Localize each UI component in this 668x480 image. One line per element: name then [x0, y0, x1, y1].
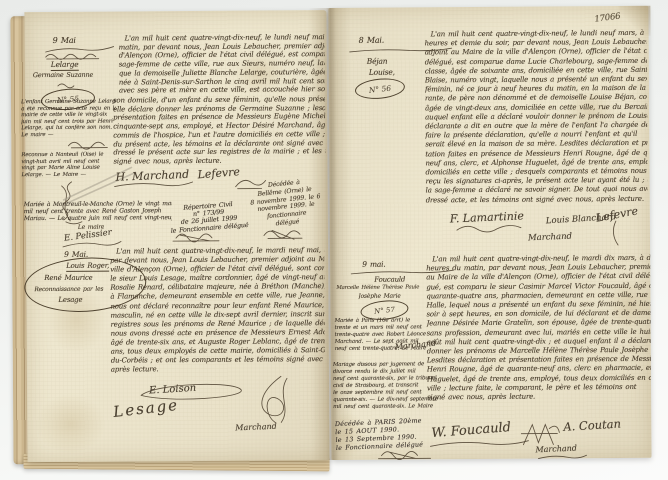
- right-act2-margin-given1: Marcelle Hélène Thérèse Paule: [336, 284, 419, 291]
- right-act2-margin-surname: Foucauld: [374, 276, 405, 284]
- signature-marchand-right1: Marchand: [528, 232, 572, 244]
- handwritten-line: signé avec nous, après lecture.: [427, 392, 651, 403]
- handwritten-line: signé avec nous, après lecture.: [113, 156, 325, 166]
- margin-mention-signature-scribble: [67, 140, 113, 150]
- left-act1-margin-surname: Lelarge: [51, 60, 79, 71]
- decedee-bellome-mention: Décédée àBellême (Orne) le8 novembre 199…: [236, 176, 336, 233]
- foucauld-underline-flourish: [429, 441, 529, 452]
- right-act1-margin-date: 8 Mai.: [359, 36, 385, 45]
- decedee-signature-scribble: [262, 228, 308, 242]
- handwritten-line: avec ses père et mère en cette ville, es…: [119, 85, 325, 95]
- handwritten-line: Lelarge, qui lui confère son nom.: [21, 125, 116, 132]
- signature-marchand-small: Marchand: [235, 422, 277, 433]
- marchand-underline: [538, 454, 588, 462]
- right-act2-margin-given2: Josèphe Marie: [358, 293, 400, 300]
- repertoire-signature-scribble: [172, 232, 222, 244]
- right-act2-margin-date: 9 mai.: [362, 260, 385, 269]
- register-book-spread: 9 Mai Lelarge Germaine Suzanne N° 55 L'a…: [4, 0, 665, 480]
- handwritten-line: Le maire —: [21, 131, 116, 138]
- handwritten-line: après lecture.: [111, 364, 325, 375]
- left-act1-margin-given-names: Germaine Suzanne: [33, 71, 93, 79]
- register-scan: 9 Mai Lelarge Germaine Suzanne N° 55 L'a…: [0, 0, 668, 480]
- decede-signature-scribble: [377, 449, 433, 461]
- lefevre-descender-stroke: [606, 220, 626, 246]
- left-act2-body: L'an mil huit cent quatre-vingt-dix-neuf…: [110, 246, 325, 375]
- handwritten-line: dressé acte, et les témoins ont signé av…: [426, 194, 648, 205]
- signature-underline-flourish: [114, 182, 194, 191]
- handwritten-line: ville ; lecture faite, le comparant, le …: [427, 383, 651, 394]
- handwritten-line: du-Corbéis ; et ont les comparants et le…: [111, 355, 325, 366]
- handwritten-line: Mariau. — Le quatre juin mil neuf cent v…: [24, 215, 172, 223]
- right-act1-margin-given-names: Louise,: [369, 68, 395, 77]
- left-act1-margin-mention: L'enfant Germaine Suzanne Lelargea été r…: [21, 99, 116, 141]
- left-mention-mariee: Mariée à Montreuil-le-Manche (Orne) le v…: [24, 200, 172, 224]
- left-act1-body-wide: son domicile, d'un enfant du sexe fémini…: [113, 95, 325, 167]
- right-act1-body: L'an mil huit cent quatre-vingt-dix-neuf…: [425, 29, 648, 207]
- handwritten-line: mil neuf cent quarante-six. Le Maire: [333, 403, 449, 411]
- signature-marchand-right2: Marchand: [535, 444, 577, 455]
- right-act1-margin-surname: Béjan: [367, 57, 388, 66]
- left-act1-body-top: L'an mil huit cent quatre-vingt-dix-neuf…: [119, 33, 325, 96]
- big-flourish-scrawl: [247, 374, 311, 426]
- lamartinie-flourish: [456, 225, 522, 235]
- right-act2-body: L'an mil huit cent quatre-vingt-dix-neuf…: [426, 254, 651, 404]
- left-act1-margin-date: 9 Mai: [53, 36, 76, 45]
